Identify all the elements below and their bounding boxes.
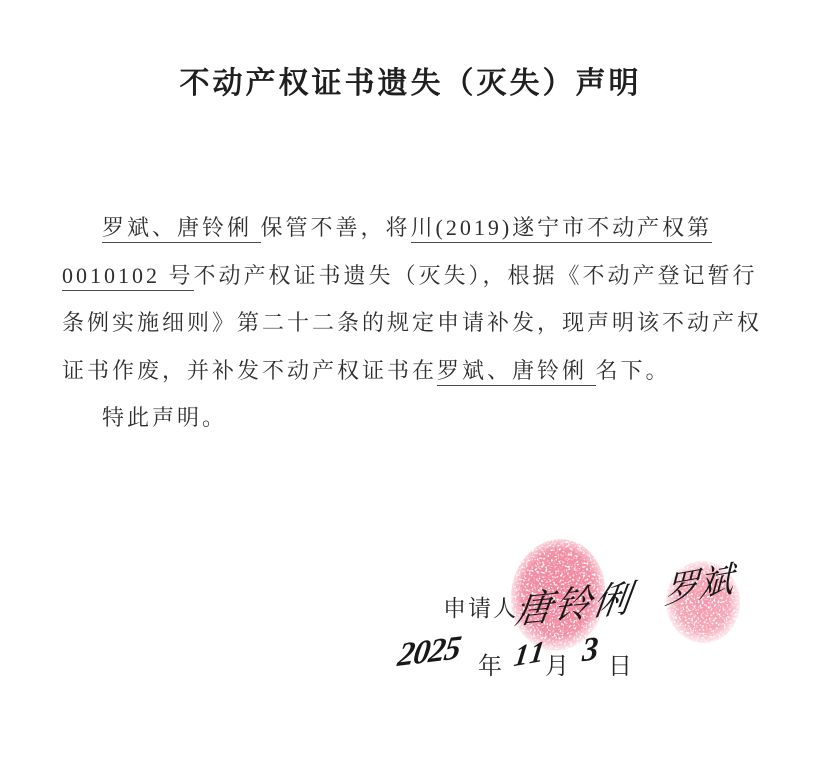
applicant-names-field: 罗斌、唐铃俐 bbox=[102, 215, 261, 243]
fingerprint-2 bbox=[663, 558, 744, 646]
date-day-label: 日 bbox=[608, 646, 632, 681]
body-text-segment: 保管不善，将 bbox=[261, 215, 411, 240]
body-text-segment: 证书作废，并补发不动产权证书在 bbox=[62, 358, 437, 383]
date-month-handwritten: 11 bbox=[512, 634, 550, 674]
declaration-body: 罗斌、唐铃俐 保管不善，将川(2019)遂宁市不动产权第 0010102 号不动… bbox=[62, 204, 777, 442]
fingerprint-1 bbox=[503, 532, 613, 657]
certificate-number-field: 0010102 号 bbox=[62, 263, 194, 291]
date-year-label: 年 bbox=[478, 646, 502, 681]
document-page: 不动产权证书遗失（灭失）声明 罗斌、唐铃俐 保管不善，将川(2019)遂宁市不动… bbox=[0, 0, 821, 760]
document-title: 不动产权证书遗失（灭失）声明 bbox=[0, 58, 821, 102]
applicant-label: 申请人： bbox=[443, 590, 543, 623]
date-month-label: 月 bbox=[545, 646, 569, 681]
reissue-names-field: 罗斌、唐铃俐 bbox=[437, 358, 596, 386]
closing-statement: 特此声明。 bbox=[102, 405, 227, 430]
body-line-4: 证书作废，并补发不动产权证书在罗斌、唐铃俐 名下。 bbox=[62, 347, 777, 395]
body-line-5: 特此声明。 bbox=[62, 394, 777, 442]
applicant-signature-tanglingli: 唐铃俐 bbox=[512, 567, 636, 634]
certificate-prefix-field: 川(2019)遂宁市不动产权第 bbox=[411, 215, 713, 243]
applicant-signature-luobin: 罗斌 bbox=[664, 551, 735, 614]
body-text-segment: 名下。 bbox=[596, 358, 671, 383]
body-text-segment: 条例实施细则》第二十二条的规定申请补发，现声明该不动产权 bbox=[62, 310, 762, 335]
body-line-3: 条例实施细则》第二十二条的规定申请补发，现声明该不动产权 bbox=[62, 299, 777, 347]
body-line-2: 0010102 号不动产权证书遗失（灭失），根据《不动产登记暂行 bbox=[62, 252, 777, 300]
body-text-segment: 不动产权证书遗失（灭失），根据《不动产登记暂行 bbox=[194, 263, 758, 288]
fingerprint-graphics bbox=[450, 515, 780, 695]
date-day-handwritten: 3 bbox=[581, 631, 599, 671]
body-line-1: 罗斌、唐铃俐 保管不善，将川(2019)遂宁市不动产权第 bbox=[62, 204, 777, 252]
fingerprints-layer bbox=[450, 515, 780, 700]
date-year-handwritten: 2025 bbox=[395, 630, 463, 676]
